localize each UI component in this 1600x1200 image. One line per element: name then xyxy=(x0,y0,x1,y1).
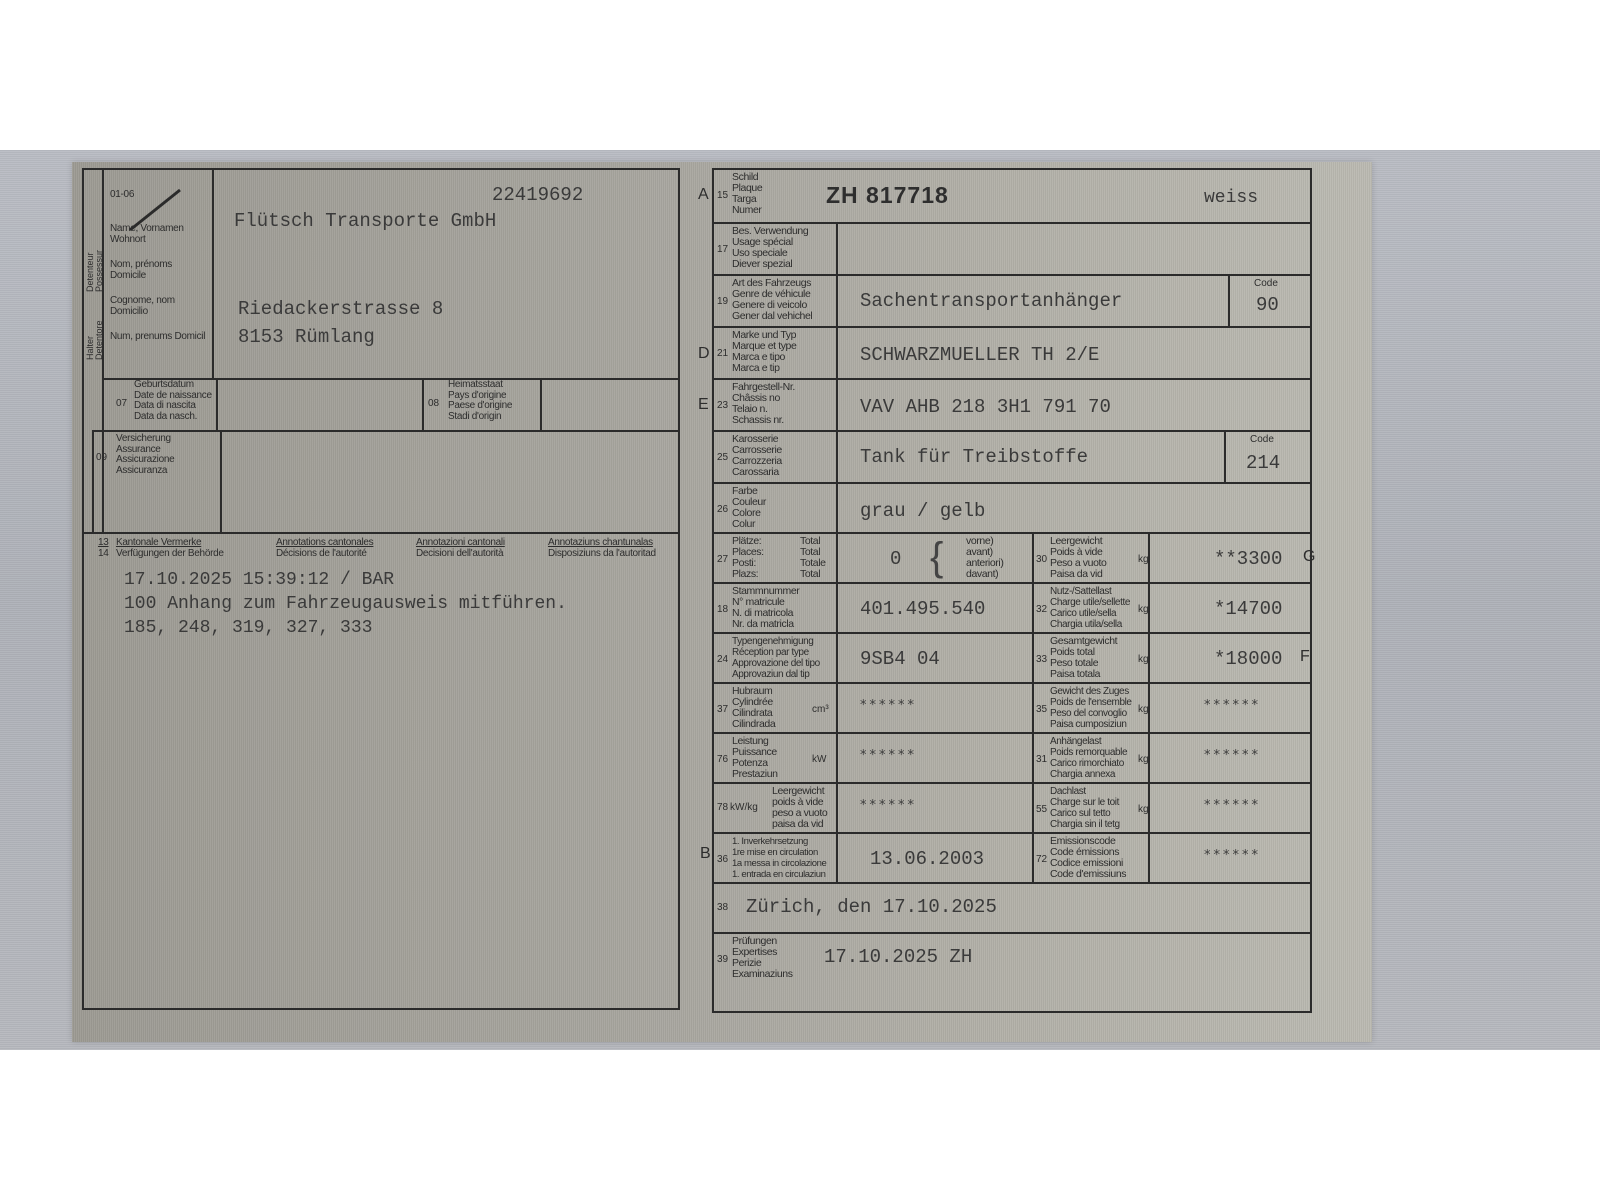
brace: { xyxy=(930,536,943,578)
marker-d: D xyxy=(698,345,710,363)
matricule-number: 401.495.540 xyxy=(860,598,985,620)
empty-weight: **3300 xyxy=(1214,548,1282,570)
row-color: 26 FarbeCouleur ColoreColur grau / gelb xyxy=(714,484,1310,534)
field-08-number: 08 xyxy=(428,398,439,409)
row-displacement-train-weight: 37 HubraumCylindrée CilindrataCilindrada… xyxy=(714,684,1310,734)
type-approval: 9SB4 04 xyxy=(860,648,940,670)
field-08-labels: Heimatsstaat Pays d'origine Paese d'orig… xyxy=(448,380,512,422)
power: ****** xyxy=(860,748,917,763)
plate-color: weiss xyxy=(1204,188,1258,208)
divider xyxy=(92,430,680,432)
holder-city: 8153 Rümlang xyxy=(238,326,375,348)
row-make-model: 21 Marke und TypMarque et type Marca e t… xyxy=(714,328,1310,380)
row-type-approval-total-weight: 24 TypengenehmigungRéception par type Ap… xyxy=(714,634,1310,684)
row-power-towing: 76 LeistungPuissance PotenzaPrestaziun k… xyxy=(714,734,1310,784)
name-label-rm: Num, prenums Domicil xyxy=(110,332,210,343)
vehicle-color: grau / gelb xyxy=(860,500,985,522)
marker-a: A xyxy=(698,186,709,204)
row-vehicle-type: 19 Art des FahrzeugsGenre de véhicule Ge… xyxy=(714,276,1310,328)
annotations-text: 17.10.2025 15:39:12 / BAR 100 Anhang zum… xyxy=(124,568,567,640)
row-seats-empty-weight: 27 Plätze:Places: Posti:Plazs: TotalTota… xyxy=(714,534,1310,584)
holder-name: Flütsch Transporte GmbH xyxy=(234,210,496,232)
holder-street: Riedackerstrasse 8 xyxy=(238,298,443,320)
row-place-date: 38 Zürich, den 17.10.2025 xyxy=(714,884,1310,934)
row-first-registration-emissions: 36 1. Inverkehrsetzung1re mise en circul… xyxy=(714,834,1310,884)
displacement: ****** xyxy=(860,698,917,713)
seats-total: 0 xyxy=(890,548,901,570)
plate-labels: SchildPlaque TargaNumer xyxy=(732,172,762,216)
towing-load: ****** xyxy=(1204,748,1261,763)
row-matricule-payload: 18 StammnummerN° matricule N. di matrico… xyxy=(714,584,1310,634)
vehicle-type-code: 90 xyxy=(1256,294,1279,316)
annotations-header: 13 Kantonale Vermerke Annotations canton… xyxy=(98,538,678,559)
vehicle-type: Sachentransportanhänger xyxy=(860,290,1122,312)
row-body: 25 KarosserieCarrosserie CarrozzeriaCaro… xyxy=(714,432,1310,484)
holder-side-label: Halter Detentore xyxy=(86,300,104,360)
annotation-line: 100 Anhang zum Fahrzeugausweis mitführen… xyxy=(124,592,567,616)
field-09-labels: Versicherung Assurance Assicurazione Ass… xyxy=(116,434,174,476)
inspection-date: 17.10.2025 ZH xyxy=(824,946,972,968)
divider xyxy=(422,378,424,430)
name-label-it: Cognome, nom Domicilio xyxy=(110,296,210,317)
field-09-number: 09 xyxy=(96,452,107,463)
divider xyxy=(540,378,542,430)
roof-load: ****** xyxy=(1204,798,1261,813)
license-plate: ZH 817718 xyxy=(826,182,949,209)
registration-number: 22419692 xyxy=(492,184,583,206)
field-07-number: 07 xyxy=(116,398,127,409)
row-special-use: 17 Bes. VerwendungUsage spécial Uso spec… xyxy=(714,224,1310,276)
row-chassis: 23 Fahrgestell-Nr.Châssis no Telaio n.Sc… xyxy=(714,380,1310,432)
emission-code: ****** xyxy=(1204,848,1261,863)
issue-place-date: Zürich, den 17.10.2025 xyxy=(746,896,997,918)
holder-page: Detenteur Possessur Halter Detentore 01-… xyxy=(82,168,680,1010)
make-model: SCHWARZMUELLER TH 2/E xyxy=(860,344,1099,366)
annotation-line: 185, 248, 319, 327, 333 xyxy=(124,616,567,640)
field-07-labels: Geburtsdatum Date de naissance Data di n… xyxy=(134,380,218,422)
payload: *14700 xyxy=(1214,598,1282,620)
name-label-de: Name, Vornamen Wohnort xyxy=(110,224,210,245)
divider xyxy=(212,170,214,380)
name-label-fr: Nom, prénoms Domicile xyxy=(110,260,210,281)
train-weight: ****** xyxy=(1204,698,1261,713)
marker-e: E xyxy=(698,396,709,414)
row-inspections: 39 PrüfungenExpertises PerizieExaminaziu… xyxy=(714,934,1310,1011)
owner-side-label: Detenteur Possessur xyxy=(86,232,104,292)
row-plate: 15 SchildPlaque TargaNumer ZH 817718 wei… xyxy=(714,170,1310,224)
divider xyxy=(220,430,222,532)
power-to-weight: ****** xyxy=(860,798,917,813)
body-code: 214 xyxy=(1246,452,1280,474)
annotation-line: 17.10.2025 15:39:12 / BAR xyxy=(124,568,567,592)
divider xyxy=(84,532,680,534)
body-type: Tank für Treibstoffe xyxy=(860,446,1088,468)
row-power-weight-roof-load: 78 kW/kg Leergewichtpoids à vide peso a … xyxy=(714,784,1310,834)
total-weight: *18000 xyxy=(1214,648,1282,670)
chassis-number: VAV AHB 218 3H1 791 70 xyxy=(860,396,1111,418)
first-registration-date: 13.06.2003 xyxy=(870,848,984,870)
marker-b: B xyxy=(700,845,711,863)
vehicle-page: 15 SchildPlaque TargaNumer ZH 817718 wei… xyxy=(712,168,1312,1013)
divider xyxy=(92,430,94,532)
